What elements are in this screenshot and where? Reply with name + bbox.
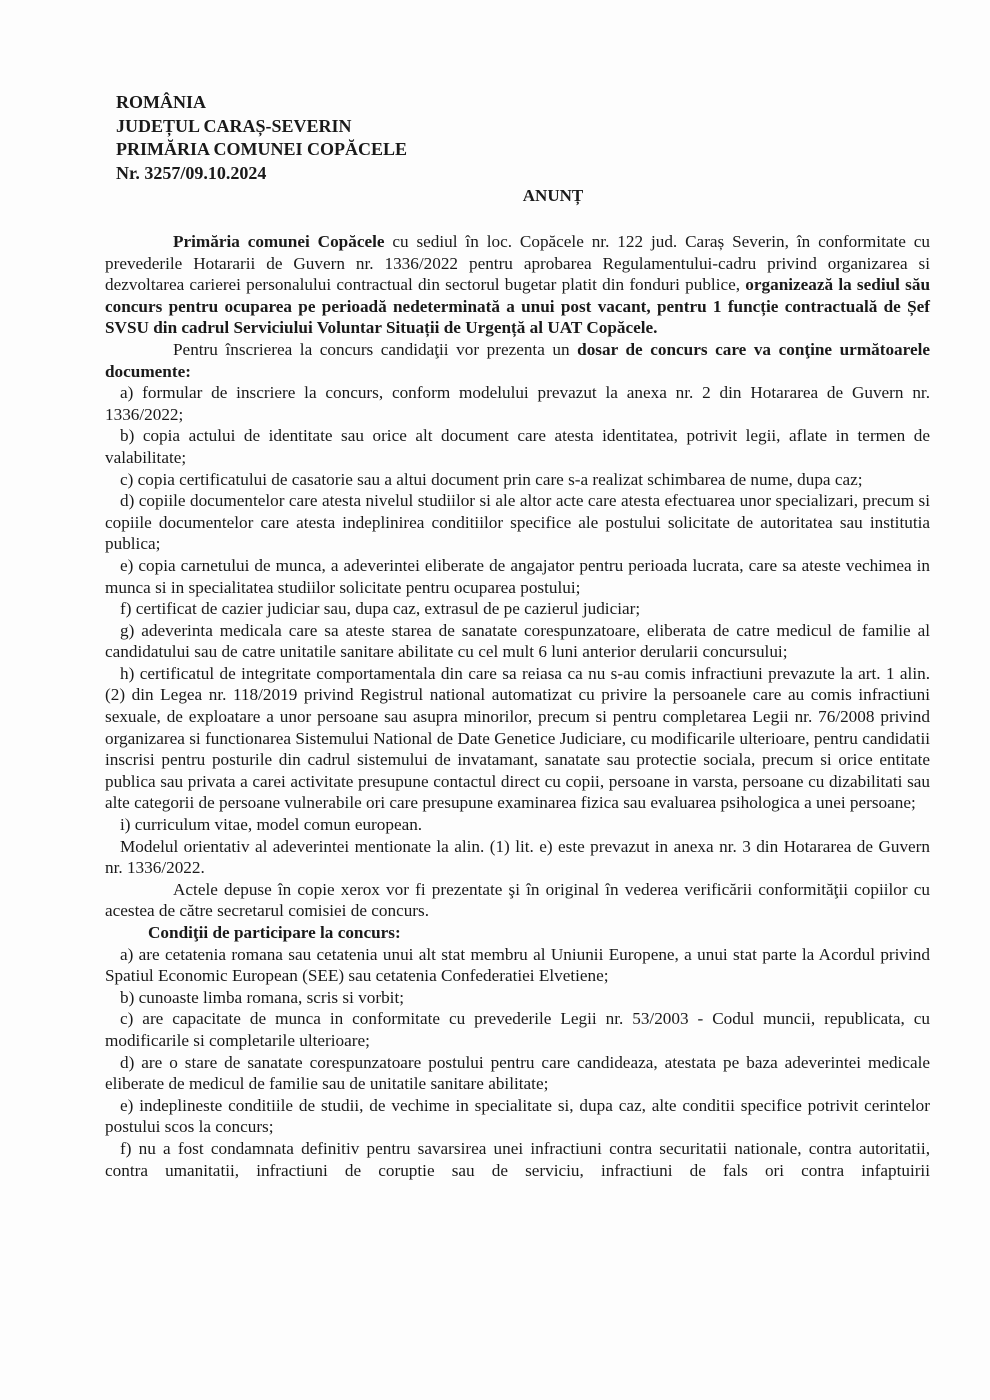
dosar-text: Pentru înscrierea la concurs candidaţii … (173, 340, 577, 359)
condition-item-a: a) are cetatenia romana sau cetatenia un… (105, 944, 930, 987)
document-header: ROMÂNIA JUDEȚUL CARAȘ-SEVERIN PRIMĂRIA C… (116, 91, 407, 185)
document-item-f: f) certificat de cazier judiciar sau, du… (105, 598, 930, 620)
document-item-c: c) copia certificatului de casatorie sau… (105, 469, 930, 491)
condition-item-b: b) cunoaste limba romana, scris si vorbi… (105, 987, 930, 1009)
conditions-heading: Condiţii de participare la concurs: (105, 922, 930, 944)
document-item-b: b) copia actului de identitate sau orice… (105, 425, 930, 468)
condition-item-e: e) indeplineste conditiile de studii, de… (105, 1095, 930, 1138)
condition-item-d: d) are o stare de sanatate corespunzatoa… (105, 1052, 930, 1095)
condition-item-f: f) nu a fost condamnata definitiv pentru… (105, 1138, 930, 1181)
document-item-d: d) copiile documentelor care atesta nive… (105, 490, 930, 555)
document-item-g: g) adeverinta medicala care sa ateste st… (105, 620, 930, 663)
document-page: ROMÂNIA JUDEȚUL CARAȘ-SEVERIN PRIMĂRIA C… (0, 0, 990, 1400)
country-line: ROMÂNIA (116, 91, 407, 115)
condition-item-c: c) are capacitate de munca in conformita… (105, 1008, 930, 1051)
document-item-i: i) curriculum vitae, model comun europea… (105, 814, 930, 836)
institution-line: PRIMĂRIA COMUNEI COPĂCELE (116, 138, 407, 162)
registration-number: Nr. 3257/09.10.2024 (116, 162, 407, 186)
document-item-h: h) certificatul de integritate comportam… (105, 663, 930, 814)
document-title: ANUNȚ (0, 186, 990, 206)
model-note: Modelul orientativ al adeverintei mentio… (105, 836, 930, 879)
document-item-e: e) copia carnetului de munca, a adeverin… (105, 555, 930, 598)
intro-paragraph: Primăria comunei Copăcele cu sediul în l… (105, 231, 930, 339)
document-item-a: a) formular de inscriere la concurs, con… (105, 382, 930, 425)
intro-bold-start: Primăria comunei Copăcele (173, 232, 384, 251)
xerox-note: Actele depuse în copie xerox vor fi prez… (105, 879, 930, 922)
dosar-paragraph: Pentru înscrierea la concurs candidaţii … (105, 339, 930, 382)
document-body: Primăria comunei Copăcele cu sediul în l… (105, 231, 930, 1181)
county-line: JUDEȚUL CARAȘ-SEVERIN (116, 115, 407, 139)
